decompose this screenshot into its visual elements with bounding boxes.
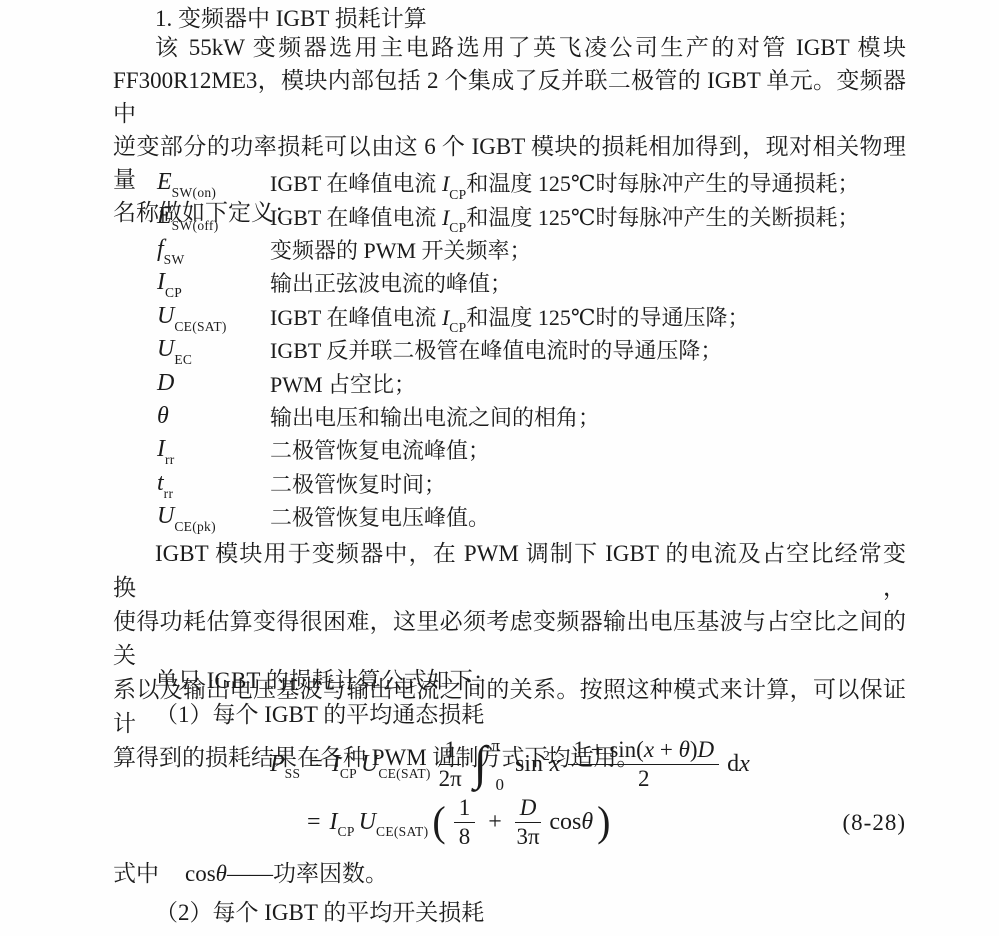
text-segment: 输出电压和输出电流之间的相角； (270, 405, 600, 430)
math-symbol: ICP (442, 205, 466, 230)
cos-function: cos (185, 861, 216, 886)
definition-row: ESW(on)IGBT 在峰值电流 ICP和温度 125℃时每脉冲产生的导通损耗… (157, 166, 907, 199)
definition-row: fSW变频器的 PWM 开关频率； (157, 233, 907, 266)
definition-row: Irr二极管恢复电流峰值； (157, 433, 907, 466)
text-segment: 二极管恢复时间； (270, 472, 446, 497)
math-symbol: θ (679, 737, 690, 762)
theta-variable: θ (216, 861, 227, 886)
paragraph-line: FF300R12ME3，模块内部包括 2 个集成了反并联二极管的 IGBT 单元… (113, 64, 906, 130)
math-symbol: D (157, 370, 174, 396)
definition-row: DPWM 占空比； (157, 366, 907, 399)
where-clause: 式中cosθ——功率因数。 (113, 857, 388, 890)
paragraph-line: 使得功耗估算变得很困难，这里必须考虑变频器输出电压基波与占空比之间的关 (113, 605, 906, 673)
math-symbol: ESW(on) (157, 169, 216, 195)
definition-row: trr二极管恢复时间； (157, 467, 907, 500)
definition-description: IGBT 在峰值电流 ICP和温度 125℃时的导通压降； (270, 301, 750, 332)
text-segment: ) (690, 737, 698, 762)
text-segment: IGBT 在峰值电流 (270, 305, 442, 330)
math-symbol: fSW (157, 236, 185, 262)
text-segment: 变频器的 PWM 开关频率； (270, 238, 532, 263)
fraction-1-over-2pi: 12π (439, 737, 462, 792)
text-segment: 和温度 125℃时每脉冲产生的关断损耗； (466, 205, 859, 230)
math-symbol: D (698, 737, 715, 762)
cos-theta: cosθ (549, 809, 593, 836)
where-definition: ——功率因数。 (227, 861, 388, 886)
definition-symbol: ESW(on) (157, 169, 270, 196)
definition-row: ICP输出正弦波电流的峰值； (157, 266, 907, 299)
item-1-heading: （1）每个 IGBT 的平均通态损耗 (155, 698, 484, 731)
fraction-1-over-8: 18 (454, 795, 476, 850)
text-segment: 二极管恢复电压峰值。 (270, 505, 490, 530)
document-page: 1. 变频器中 IGBT 损耗计算 该 55kW 变频器选用主电路选用了英飞凌公… (0, 0, 999, 936)
definition-description: PWM 占空比； (270, 368, 416, 399)
definition-symbol: D (157, 370, 270, 397)
definition-list: ESW(on)IGBT 在峰值电流 ICP和温度 125℃时每脉冲产生的导通损耗… (157, 166, 907, 533)
paragraph-line: 该 55kW 变频器选用主电路选用了英飞凌公司生产的对管 IGBT 模块 (113, 31, 906, 64)
definition-symbol: UCE(pk) (157, 503, 270, 530)
text-segment: 输出正弦波电流的峰值； (270, 271, 512, 296)
math-symbol: ESW(off) (157, 203, 219, 229)
equals-sign: = (307, 809, 321, 836)
left-parenthesis: ( (432, 801, 445, 843)
symbol-ucesat: UCE(SAT) (359, 809, 429, 836)
definition-symbol: ESW(off) (157, 203, 270, 230)
symbol-pss: PSS (270, 751, 300, 778)
math-symbol: trr (157, 470, 173, 496)
definition-description: IGBT 在峰值电流 ICP和温度 125℃时每脉冲产生的导通损耗； (270, 167, 860, 198)
sin-squared-x: sin2x (515, 751, 560, 778)
text-segment: IGBT 在峰值电流 (270, 205, 442, 230)
symbol-icp: ICP (332, 751, 357, 778)
definition-description: 二极管恢复电流峰值； (270, 434, 490, 465)
math-symbol: Irr (157, 436, 175, 462)
definition-symbol: fSW (157, 236, 270, 263)
definition-row: θ输出电压和输出电流之间的相角； (157, 400, 907, 433)
definition-symbol: UEC (157, 336, 270, 363)
definition-description: 变频器的 PWM 开关频率； (270, 234, 532, 265)
definition-row: UECIGBT 反并联二极管在峰值电流时的导通压降； (157, 333, 907, 366)
definition-symbol: ICP (157, 269, 270, 296)
definition-symbol: trr (157, 470, 270, 497)
text-segment: 和温度 125℃时的导通压降； (466, 305, 749, 330)
definition-symbol: Irr (157, 436, 270, 463)
math-symbol: UEC (157, 336, 192, 362)
equation-8-28-line1: PSS = ICP UCE(SAT) 12π ∫π0 sin2x 1 + sin… (268, 731, 752, 797)
plus-sign: + (488, 809, 502, 836)
definition-description: IGBT 反并联二极管在峰值电流时的导通压降； (270, 334, 722, 365)
math-symbol: ICP (157, 269, 182, 295)
symbol-ucesat: UCE(SAT) (361, 751, 431, 778)
definition-description: 二极管恢复时间； (270, 468, 446, 499)
equation-8-28-line2: = ICP UCE(SAT) ( 18 + D3π cosθ ) (300, 797, 613, 847)
math-symbol: UCE(pk) (157, 503, 216, 529)
text-segment: PWM 占空比； (270, 372, 416, 397)
math-symbol: ICP (442, 171, 466, 196)
paragraph-line: IGBT 模块用于变频器中，在 PWM 调制下 IGBT 的电流及占空比经常变换… (113, 537, 906, 605)
definition-row: ESW(off)IGBT 在峰值电流 ICP和温度 125℃时每脉冲产生的关断损… (157, 199, 907, 232)
math-symbol: ICP (442, 305, 466, 330)
equation-number: (8-28) (843, 810, 906, 836)
integral-sign: ∫π0 (474, 740, 487, 788)
text-segment: IGBT 反并联二极管在峰值电流时的导通压降； (270, 338, 722, 363)
text-segment: 和温度 125℃时每脉冲产生的导通损耗； (466, 171, 859, 196)
definition-row: UCE(SAT)IGBT 在峰值电流 ICP和温度 125℃时的导通压降； (157, 300, 907, 333)
text-segment: 二极管恢复电流峰值； (270, 438, 490, 463)
definition-description: IGBT 在峰值电流 ICP和温度 125℃时每脉冲产生的关断损耗； (270, 201, 860, 232)
text-segment: + (654, 737, 678, 762)
where-label: 式中 (113, 861, 159, 886)
definition-symbol: UCE(SAT) (157, 303, 270, 330)
text-segment: IGBT 在峰值电流 (270, 171, 442, 196)
math-symbol: UCE(SAT) (157, 303, 227, 329)
definition-row: UCE(pk)二极管恢复电压峰值。 (157, 500, 907, 533)
math-symbol: x (644, 737, 654, 762)
definition-description: 输出电压和输出电流之间的相角； (270, 401, 600, 432)
text-segment: 1 + sin( (573, 737, 643, 762)
equals-sign: = (309, 751, 323, 778)
definition-symbol: θ (157, 403, 270, 430)
math-symbol: θ (157, 403, 169, 429)
definition-description: 二极管恢复电压峰值。 (270, 501, 490, 532)
symbol-icp: ICP (330, 809, 355, 836)
definition-description: 输出正弦波电流的峰值； (270, 267, 512, 298)
right-parenthesis: ) (597, 801, 610, 843)
fraction-d-over-3pi: D3π (515, 795, 542, 850)
differential-dx: dx (727, 751, 750, 778)
item-2-heading: （2）每个 IGBT 的平均开关损耗 (155, 896, 484, 929)
formula-intro-line: 单只 IGBT 的损耗计算公式如下： (155, 664, 496, 697)
fraction-integrand: 1 + sin(x + θ)D2 (568, 737, 719, 792)
